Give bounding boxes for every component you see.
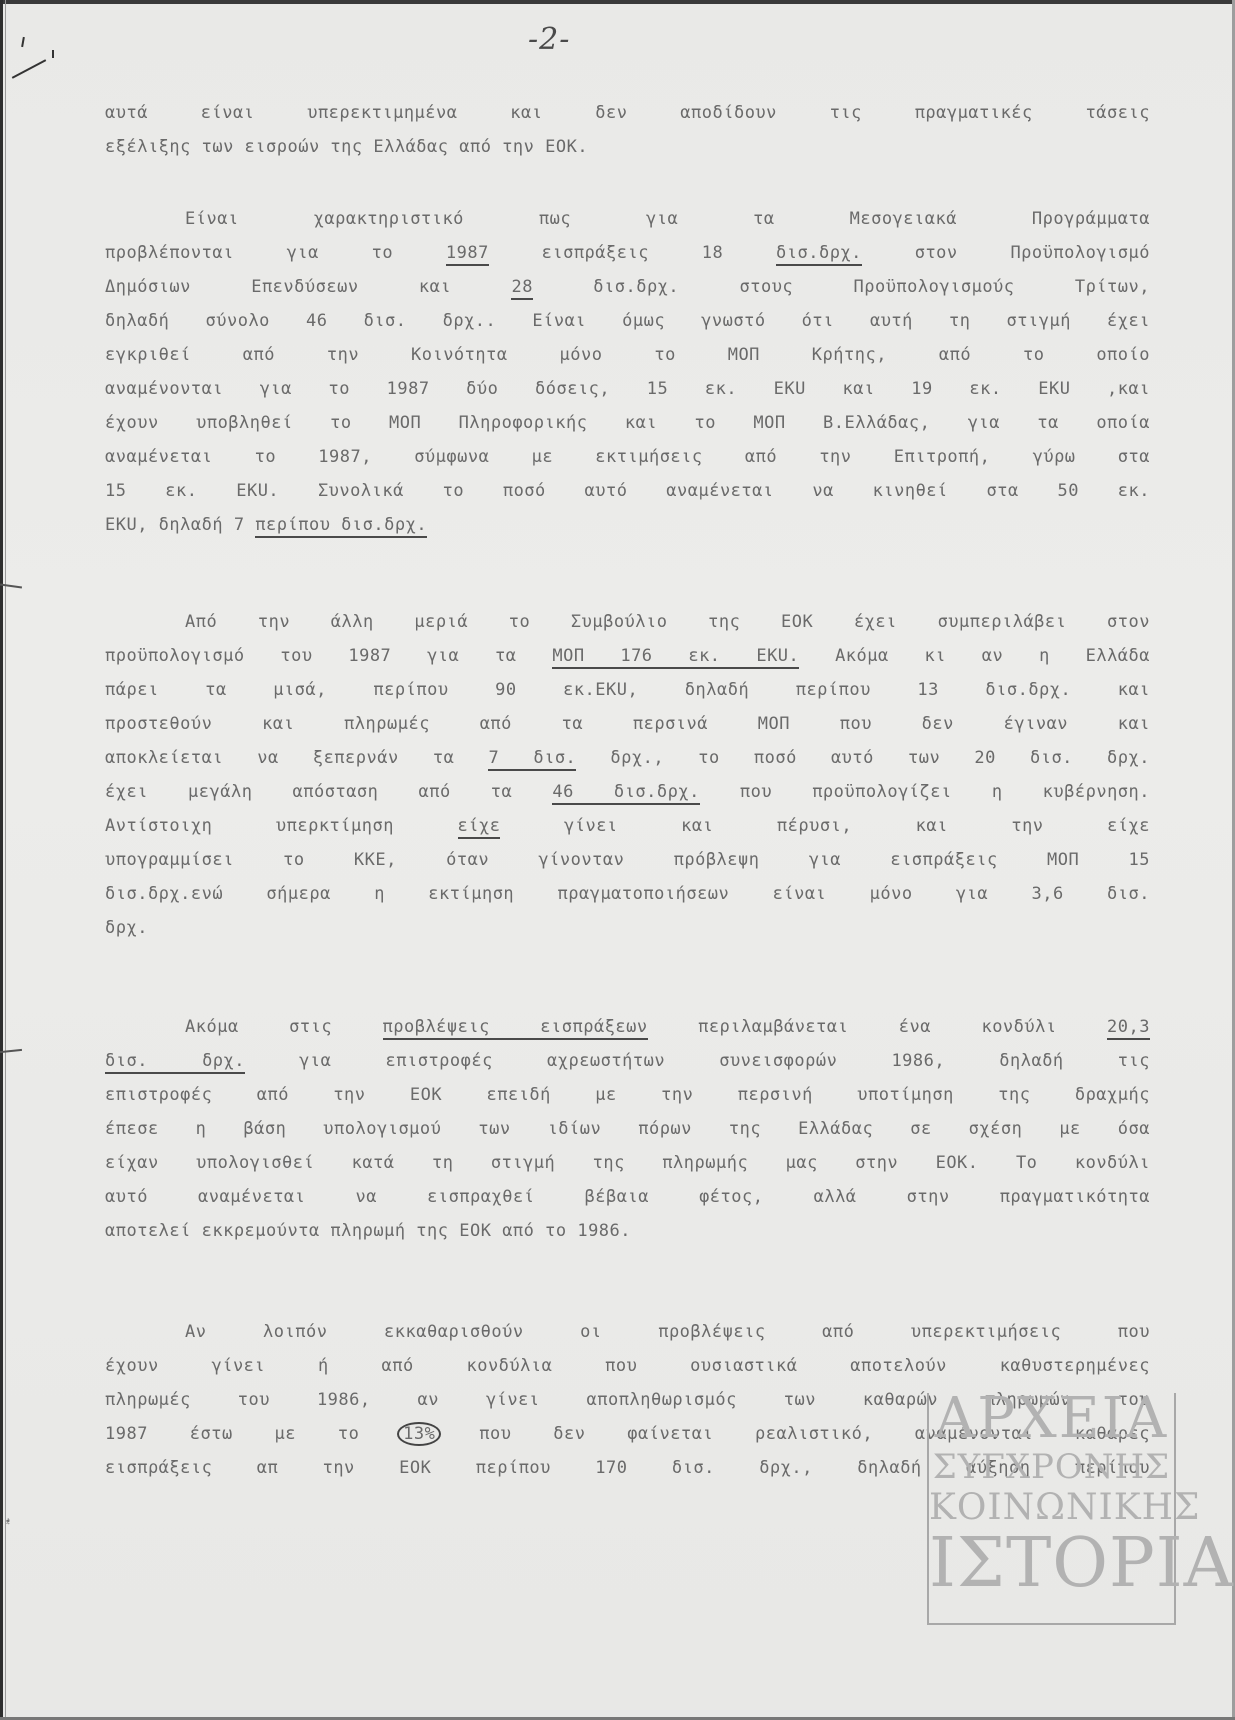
text-line: είχαν υπολογισθεί κατά τη στιγμή της πλη… <box>105 1146 1150 1180</box>
text-line: έχουν υποβληθεί το ΜΟΠ Πληροφορικής και … <box>105 406 1150 440</box>
text-line: δισ. δρχ. για επιστροφές αχρεωστήτων συν… <box>105 1044 1150 1078</box>
text-segment: στον Προϋπολογισμό <box>862 243 1150 263</box>
stamp-line: ΣΥΓΧΡΟΝΗΣ <box>929 1447 1174 1487</box>
underlined-text: ΜΟΠ 176 εκ. ΕΚU. <box>552 646 799 669</box>
pen-mark <box>12 59 46 79</box>
text-line: εξέλιξης των εισροών της Ελλάδας από την… <box>105 130 1150 164</box>
page-top-edge <box>0 0 1235 4</box>
text-segment: περιλαμβάνεται ένα κονδύλι <box>648 1017 1107 1037</box>
text-line: προβλέπονται για το 1987 εισπράξεις 18 δ… <box>105 236 1150 270</box>
text-segment: εισπράξεις 18 <box>489 243 776 263</box>
stamp-line: ΚΟΙΝΩΝΙΚΗΣ <box>929 1487 1174 1529</box>
underlined-text: 20,3 <box>1107 1017 1150 1040</box>
text-segment: για επιστροφές αχρεωστήτων συνεισφορών 1… <box>245 1051 1150 1071</box>
archive-watermark-stamp: ΑΡΧΕΙΑ ΣΥΓΧΡΟΝΗΣ ΚΟΙΝΩΝΙΚΗΣ ΙΣΤΟΡΙΑΣ <box>927 1393 1176 1625</box>
paragraph-1: αυτά είναι υπερεκτιμημένα και δεν αποδίδ… <box>105 96 1150 164</box>
text-segment: δισ.δρχ. στους Προϋπολογισμούς Τρίτων, <box>533 277 1150 297</box>
page-left-edge-line <box>5 0 6 1720</box>
underlined-text: 46 δισ.δρχ. <box>552 782 699 805</box>
text-line: προϋπολογισμό του 1987 για τα ΜΟΠ 176 εκ… <box>105 639 1150 673</box>
text-segment: 1987 έστω με το <box>105 1424 401 1444</box>
text-segment: ΕΚU, δηλαδή 7 <box>105 515 255 535</box>
text-line: δρχ. <box>105 911 1150 945</box>
text-line: ΕΚU, δηλαδή 7 περίπου δισ.δρχ. <box>105 508 1150 542</box>
text-segment: Δημόσιων Επενδύσεων και <box>105 277 511 297</box>
text-line: Αντίστοιχη υπερκτίμηση είχε γίνει και πέ… <box>105 809 1150 843</box>
text-segment: Αντίστοιχη υπερκτίμηση <box>105 816 458 836</box>
text-line: δισ.δρχ.ενώ σήμερα η εκτίμηση πραγματοπο… <box>105 877 1150 911</box>
text-line: δηλαδή σύνολο 46 δισ. δρχ.. Είναι όμως γ… <box>105 304 1150 338</box>
text-line: έχει μεγάλη απόσταση από τα 46 δισ.δρχ. … <box>105 775 1150 809</box>
underlined-text: δισ. δρχ. <box>105 1051 245 1074</box>
circled-text: 13% <box>397 1422 441 1446</box>
paper-manufacturer-mark: ❧ <box>4 1517 14 1525</box>
paragraph-3: Από την άλλη μεριά το Συμβούλιο της ΕΟΚ … <box>105 605 1150 945</box>
margin-mark <box>0 583 22 588</box>
text-line: αναμένεται το 1987, σύμφωνα με εκτιμήσει… <box>105 440 1150 474</box>
text-segment: προβλέπονται για το <box>105 243 446 263</box>
scanned-document-page: -2- αυτά είναι υπερεκτιμημένα και δεν απ… <box>0 0 1235 1720</box>
text-line: Από την άλλη μεριά το Συμβούλιο της ΕΟΚ … <box>105 605 1150 639</box>
stamp-line: ΙΣΤΟΡΙΑΣ <box>929 1529 1174 1599</box>
page-number: -2- <box>528 22 570 57</box>
text-line: Δημόσιων Επενδύσεων και 28 δισ.δρχ. στου… <box>105 270 1150 304</box>
pen-mark <box>52 50 54 58</box>
text-segment: Ακόμα στις <box>185 1017 383 1037</box>
underlined-text: 1987 <box>446 243 489 266</box>
underlined-text: προβλέψεις εισπράξεων <box>383 1017 648 1040</box>
text-segment: έχει μεγάλη απόσταση από τα <box>105 782 552 802</box>
text-segment: προϋπολογισμό του 1987 για τα <box>105 646 552 666</box>
text-line: Αν λοιπόν εκκαθαρισθούν οι προβλέψεις απ… <box>105 1315 1150 1349</box>
text-line: πάρει τα μισά, περίπου 90 εκ.ΕΚU, δηλαδή… <box>105 673 1150 707</box>
text-line: Είναι χαρακτηριστικό πως για τα Μεσογεια… <box>105 202 1150 236</box>
text-line: εγκριθεί από την Κοινότητα μόνο το ΜΟΠ Κ… <box>105 338 1150 372</box>
text-segment: δρχ., το ποσό αυτό των 20 δισ. δρχ. <box>576 748 1150 768</box>
text-line: προστεθούν και πληρωμές από τα περσινά Μ… <box>105 707 1150 741</box>
text-line: αποκλείεται να ξεπερνάν τα 7 δισ. δρχ., … <box>105 741 1150 775</box>
underlined-text: είχε <box>458 816 501 839</box>
text-line: επιστροφές από την ΕΟΚ επειδή με την περ… <box>105 1078 1150 1112</box>
page-left-edge <box>0 0 3 1720</box>
text-line: έχουν γίνει ή από κονδύλια που ουσιαστικ… <box>105 1349 1150 1383</box>
text-segment: που προϋπολογίζει η κυβέρνηση. <box>700 782 1150 802</box>
paragraph-2: Είναι χαρακτηριστικό πως για τα Μεσογεια… <box>105 202 1150 542</box>
text-line: 15 εκ. ΕΚU. Συνολικά το ποσό αυτό αναμέν… <box>105 474 1150 508</box>
paragraph-4: Ακόμα στις προβλέψεις εισπράξεων περιλαμ… <box>105 1010 1150 1248</box>
stamp-line: ΑΡΧΕΙΑ <box>929 1391 1174 1447</box>
underlined-text: 7 δισ. <box>488 748 576 771</box>
text-line: αναμένονται για το 1987 δύο δόσεις, 15 ε… <box>105 372 1150 406</box>
text-line: έπεσε η βάση υπολογισμού των ιδίων πόρων… <box>105 1112 1150 1146</box>
text-line: αυτό αναμένεται να εισπραχθεί βέβαια φέτ… <box>105 1180 1150 1214</box>
text-line: αποτελεί εκκρεμούντα πληρωμή της ΕΟΚ από… <box>105 1214 1150 1248</box>
text-line: υπογραμμίσει το ΚΚΕ, όταν γίνονταν πρόβλ… <box>105 843 1150 877</box>
underlined-text: 28 <box>511 277 532 300</box>
underlined-text: δισ.δρχ. <box>776 243 862 266</box>
pen-mark <box>21 37 25 47</box>
underlined-text: περίπου δισ.δρχ. <box>255 515 427 538</box>
margin-mark <box>0 1049 22 1053</box>
text-segment: γίνει και πέρυσι, και την είχε <box>500 816 1150 836</box>
text-line: αυτά είναι υπερεκτιμημένα και δεν αποδίδ… <box>105 96 1150 130</box>
text-segment: Ακόμα κι αν η Ελλάδα <box>799 646 1150 666</box>
text-line: Ακόμα στις προβλέψεις εισπράξεων περιλαμ… <box>105 1010 1150 1044</box>
text-segment: αποκλείεται να ξεπερνάν τα <box>105 748 488 768</box>
